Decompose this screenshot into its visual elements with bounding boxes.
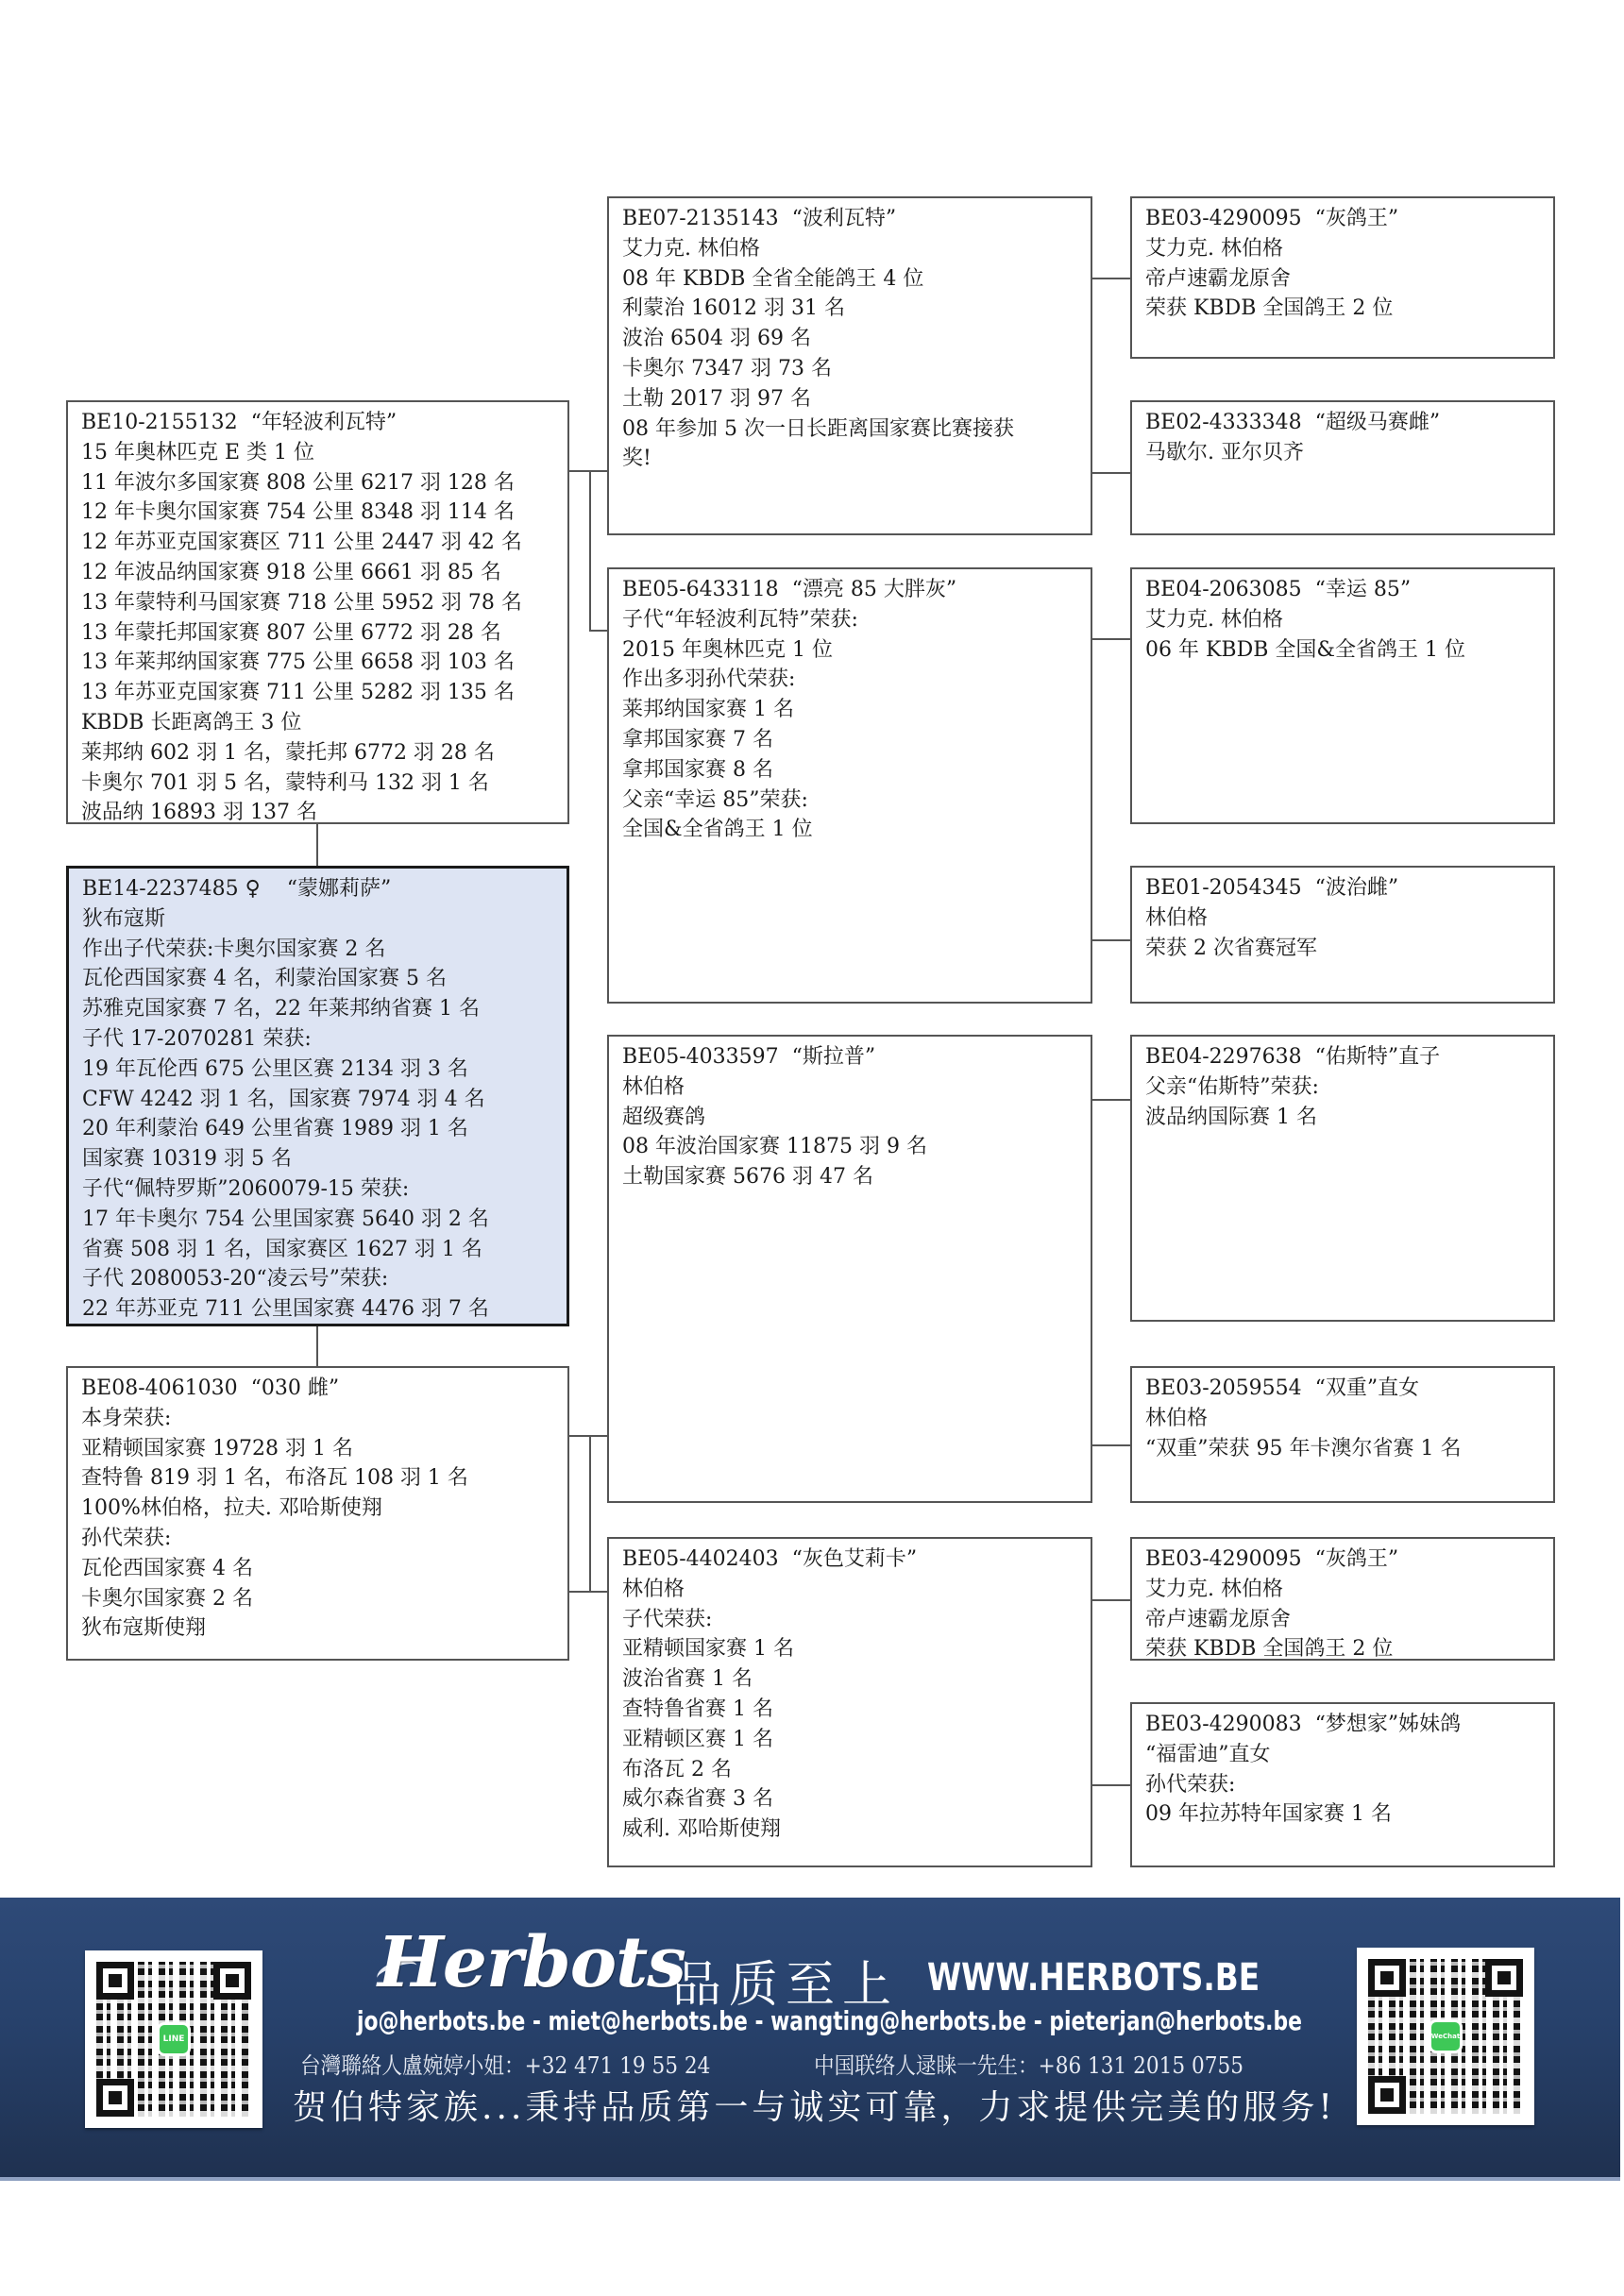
pedigree-box-ds-sire: BE04-2297638 “佑斯特”直子 父亲“佑斯特”荣获: 波品纳国际赛 1… [1130,1035,1555,1322]
text-line: 17 年卡奥尔 754 公里国家赛 5640 羽 2 名 [82,1205,553,1235]
text-line: 查特鲁 819 羽 1 名，布洛瓦 108 羽 1 名 [81,1463,554,1494]
pedigree-box-sire-sire: BE07-2135143 “波利瓦特” 艾力克. 林伯格 08 年 KBDB 全… [607,196,1092,535]
pedigree-box-ss-dam: BE02-4333348 “超级马赛雌” 马歇尔. 亚尔贝齐 [1130,400,1555,535]
line-app-icon: LINE [157,2022,191,2056]
text-line: 子代“年轻波利瓦特”荣获: [622,605,1077,635]
text-line: 全国&全省鸽王 1 位 [622,815,1077,845]
pedigree-box-dam-dam: BE05-4402403 “灰色艾莉卡” 林伯格 子代荣获: 亚精顿国家赛 1 … [607,1537,1092,1867]
text-line: 100%林伯格，拉夫. 邓哈斯使翔 [81,1494,554,1524]
text-line: 荣获 KBDB 全国鸽王 2 位 [1145,294,1540,324]
ring-header: BE02-4333348 “超级马赛雌” [1145,408,1540,438]
text-line: 威尔森省赛 3 名 [622,1784,1077,1815]
pedigree-box-ds-dam: BE03-2059554 “双重”直女 林伯格 “双重”荣获 95 年卡澳尔省赛… [1130,1366,1555,1503]
connector-dd-to-dam [1092,1784,1130,1786]
pedigree-box-dam-sire: BE05-4033597 “斯拉普” 林伯格 超级赛鸽 08 年波治国家赛 11… [607,1035,1092,1503]
wechat-app-icon: WeChat [1429,2019,1463,2053]
text-line: 土勒 2017 羽 97 名 [622,384,1077,414]
text-line: 瓦伦西国家赛 4 名，利蒙治国家赛 5 名 [82,964,553,994]
ring-header: BE07-2135143 “波利瓦特” [622,204,1077,234]
text-line: 国家赛 10319 羽 5 名 [82,1144,553,1174]
qr-finder-icon [1485,1959,1523,1997]
text-line: 亚精顿国家赛 19728 羽 1 名 [81,1434,554,1464]
female-sex-icon: ♀ [245,877,261,901]
qr-pattern: LINE [96,1962,251,2117]
qr-finder-icon [96,1962,134,2000]
text-line: 08 年波治国家赛 11875 羽 9 名 [622,1132,1077,1162]
text-line: 子代荣获: [622,1605,1077,1635]
text-line: 孙代荣获: [1145,1770,1540,1800]
connector-dam-to-ds [569,1435,607,1437]
pedigree-box-sd-dam: BE01-2054345 “波治雌” 林伯格 荣获 2 次省赛冠军 [1130,866,1555,1004]
connector-sire-to-ss [569,470,607,472]
text-line: 06 年 KBDB 全国&全省鸽王 1 位 [1145,635,1540,666]
connector-sire-to-sd [589,630,607,632]
text-line: 19 年瓦伦西 675 公里区赛 2134 羽 3 名 [82,1055,553,1085]
text-line: 13 年苏亚克国家赛 711 公里 5282 羽 135 名 [81,678,554,708]
text-line: 布洛瓦 2 名 [622,1755,1077,1785]
text-line: 13 年蒙特利马国家赛 718 公里 5952 羽 78 名 [81,588,554,618]
text-line: 荣获 2 次省赛冠军 [1145,934,1540,964]
pedigree-box-dd-dam: BE03-4290083 “梦想家”姊妹鸽 “福雷迪”直女 孙代荣获: 09 年… [1130,1702,1555,1867]
text-line: 子代 2080053-20“凌云号”荣获: [82,1264,553,1294]
text-line: 09 年拉苏特年国家赛 1 名 [1145,1799,1540,1830]
connector-sire-subject [316,824,318,866]
text-line: 波品纳 16893 羽 137 名 [81,798,554,824]
connector-ds-to-dam [1092,1444,1130,1446]
text-line: 作出子代荣获:卡奥尔国家赛 2 名 [82,935,553,965]
text-line: 12 年苏亚克国家赛区 711 公里 2447 羽 42 名 [81,528,554,558]
connector-sd-to-dam [1092,939,1130,941]
text-line: 波治 6504 羽 69 名 [622,324,1077,354]
connector-dam-bar [589,1435,591,1591]
text-line: 波品纳国际赛 1 名 [1145,1103,1540,1133]
text-line: 瓦伦西国家赛 4 名 [81,1554,554,1584]
contact-china: 中国联络人逯睐一先生：+86 131 2015 0755 [814,2047,1243,2080]
ring-header: BE04-2297638 “佑斯特”直子 [1145,1042,1540,1072]
ring-header: BE05-6433118 “漂亮 85 大胖灰” [622,575,1077,605]
text-line: 拿邦国家赛 8 名 [622,755,1077,785]
pedigree-box-dd-sire: BE03-4290095 “灰鸽王” 艾力克. 林伯格 帝卢速霸龙原舍 荣获 K… [1130,1537,1555,1661]
ring-header: BE05-4033597 “斯拉普” [622,1042,1077,1072]
text-line: 马歇尔. 亚尔贝齐 [1145,438,1540,468]
connector-ds-to-sire [1092,1099,1130,1101]
text-line: 林伯格 [622,1575,1077,1605]
text-line: 08 年参加 5 次一日长距离国家赛比赛接获 [622,414,1077,445]
text-line: 卡奥尔 701 羽 5 名，蒙特利马 132 羽 1 名 [81,768,554,799]
text-line: 帝卢速霸龙原舍 [1145,264,1540,295]
text-line: 作出多羽孙代荣获: [622,665,1077,695]
qr-finder-icon [1368,1959,1406,1997]
text-line: 11 年波尔多国家赛 808 公里 6217 羽 128 名 [81,468,554,498]
text-line: 莱邦纳 602 羽 1 名，蒙托邦 6772 羽 28 名 [81,738,554,768]
qr-pattern: WeChat [1368,1959,1523,2114]
text-line: 卡奥尔国家赛 2 名 [81,1584,554,1614]
text-line: 艾力克. 林伯格 [1145,234,1540,264]
text-line: 12 年卡奥尔国家赛 754 公里 8348 羽 114 名 [81,498,554,528]
pedigree-box-ss-sire: BE03-4290095 “灰鸽王” 艾力克. 林伯格 帝卢速霸龙原舍 荣获 K… [1130,196,1555,359]
ring-header: BE05-4402403 “灰色艾莉卡” [622,1545,1077,1575]
text-line: “双重”荣获 95 年卡澳尔省赛 1 名 [1145,1434,1540,1464]
qr-code-wechat[interactable]: WeChat [1357,1948,1534,2125]
contact-taiwan: 台灣聯絡人盧婉婷小姐：+32 471 19 55 24 [300,2047,710,2080]
text-line: 荣获 KBDB 全国鸽王 2 位 [1145,1634,1540,1661]
pedigree-box-subject: BE14-2237485 ♀ “蒙娜莉萨” 狄布寇斯 作出子代荣获:卡奥尔国家赛… [66,866,569,1326]
text-line: 利蒙治 16012 羽 31 名 [622,294,1077,324]
connector-dam-to-dd [569,1591,607,1593]
text-line: 拿邦国家赛 7 名 [622,725,1077,755]
text-line: 13 年蒙托邦国家赛 807 公里 6772 羽 28 名 [81,618,554,649]
qr-finder-icon [96,2079,134,2117]
text-line: 子代“佩特罗斯”2060079-15 荣获: [82,1174,553,1205]
text-line: 艾力克. 林伯格 [1145,605,1540,635]
connector-subject-dam [316,1326,318,1366]
text-line: 狄布寇斯 [82,904,553,935]
pedigree-box-sire-dam: BE05-6433118 “漂亮 85 大胖灰” 子代“年轻波利瓦特”荣获: 2… [607,567,1092,1004]
qr-finder-icon [1368,2076,1406,2114]
text-line: 莱邦纳国家赛 1 名 [622,695,1077,725]
text-line: 林伯格 [1145,903,1540,934]
text-line: KBDB 长距离鸽王 3 位 [81,708,554,738]
text-line: 艾力克. 林伯格 [1145,1575,1540,1605]
pedigree-box-sire: BE10-2155132 “年轻波利瓦特” 15 年奥林匹克 E 类 1 位 1… [66,400,569,824]
ring-header: BE04-2063085 “幸运 85” [1145,575,1540,605]
ring-header: BE03-2059554 “双重”直女 [1145,1374,1540,1404]
connector-sd-to-sire [1092,638,1130,640]
ring-header: BE03-4290083 “梦想家”姊妹鸽 [1145,1710,1540,1740]
text-line: 父亲“佑斯特”荣获: [1145,1072,1540,1103]
text-line: 省赛 508 羽 1 名，国家赛区 1627 羽 1 名 [82,1235,553,1265]
text-line: 15 年奥林匹克 E 类 1 位 [81,438,554,468]
text-line: 林伯格 [1145,1404,1540,1434]
text-line: 20 年利蒙治 649 公里省赛 1989 羽 1 名 [82,1114,553,1144]
brand-tagline: 贺伯特家族...秉持品质第一与诚实可靠，力求提供完美的服务! [293,2081,1336,2129]
text-line: 子代 17-2070281 荣获: [82,1024,553,1055]
text-line: 艾力克. 林伯格 [622,234,1077,264]
text-line: 苏雅克国家赛 7 名，22 年莱邦纳省赛 1 名 [82,994,553,1024]
text-line: 13 年莱邦纳国家赛 775 公里 6658 羽 103 名 [81,648,554,678]
text-line: 狄布寇斯使翔 [81,1613,554,1644]
connector-dd-to-sire [1092,1599,1130,1601]
text-line: 帝卢速霸龙原舍 [1145,1605,1540,1635]
text-line: 卡奥尔 7347 羽 73 名 [622,354,1077,384]
text-line: 12 年波品纳国家赛 918 公里 6661 羽 85 名 [81,558,554,588]
text-line: “福雷迪”直女 [1145,1740,1540,1770]
ring-header: BE14-2237485 ♀ “蒙娜莉萨” [82,874,553,904]
text-line: 亚精顿国家赛 1 名 [622,1634,1077,1664]
brand-logo: Herbots [378,1922,685,2003]
ring-header: BE01-2054345 “波治雌” [1145,873,1540,903]
contact-emails[interactable]: jo@herbots.be - miet@herbots.be - wangti… [357,2005,1302,2036]
qr-finder-icon [213,1962,251,2000]
pedigree-box-dam: BE08-4061030 “030 雌” 本身荣获: 亚精顿国家赛 19728 … [66,1366,569,1661]
text-line: 奖! [622,444,1077,474]
text-line: 亚精顿区赛 1 名 [622,1725,1077,1755]
text-line: 超级赛鸽 [622,1103,1077,1133]
text-line: 22 年苏亚克 711 公里国家赛 4476 羽 7 名 [82,1294,553,1325]
text-line: 孙代荣获: [81,1524,554,1554]
ring-header: BE03-4290095 “灰鸽王” [1145,1545,1540,1575]
text-line: 波治省赛 1 名 [622,1664,1077,1695]
website-link[interactable]: WWW.HERBOTS.BE [927,1956,1260,2000]
text-line: 土勒国家赛 5676 羽 47 名 [622,1162,1077,1192]
connector-sire-bar [589,470,591,630]
ring-header: BE08-4061030 “030 雌” [81,1374,554,1404]
pedigree-box-sd-sire: BE04-2063085 “幸运 85” 艾力克. 林伯格 06 年 KBDB … [1130,567,1555,824]
text-line: 林伯格 [622,1072,1077,1103]
text-line: 父亲“幸运 85”荣获: [622,785,1077,816]
text-line: 本身荣获: [81,1404,554,1434]
text-line: 2015 年奥林匹克 1 位 [622,635,1077,666]
qr-code-line[interactable]: LINE [85,1950,262,2128]
connector-ss-to-sire [1092,278,1130,279]
text-line: 08 年 KBDB 全省全能鸽王 4 位 [622,264,1077,295]
text-line: 查特鲁省赛 1 名 [622,1695,1077,1725]
ring-header: BE10-2155132 “年轻波利瓦特” [81,408,554,438]
ring-header: BE03-4290095 “灰鸽王” [1145,204,1540,234]
text-line: 威利. 邓哈斯使翔 [622,1815,1077,1845]
text-line: CFW 4242 羽 1 名，国家赛 7974 羽 4 名 [82,1085,553,1115]
connector-ss-to-dam [1092,472,1130,474]
